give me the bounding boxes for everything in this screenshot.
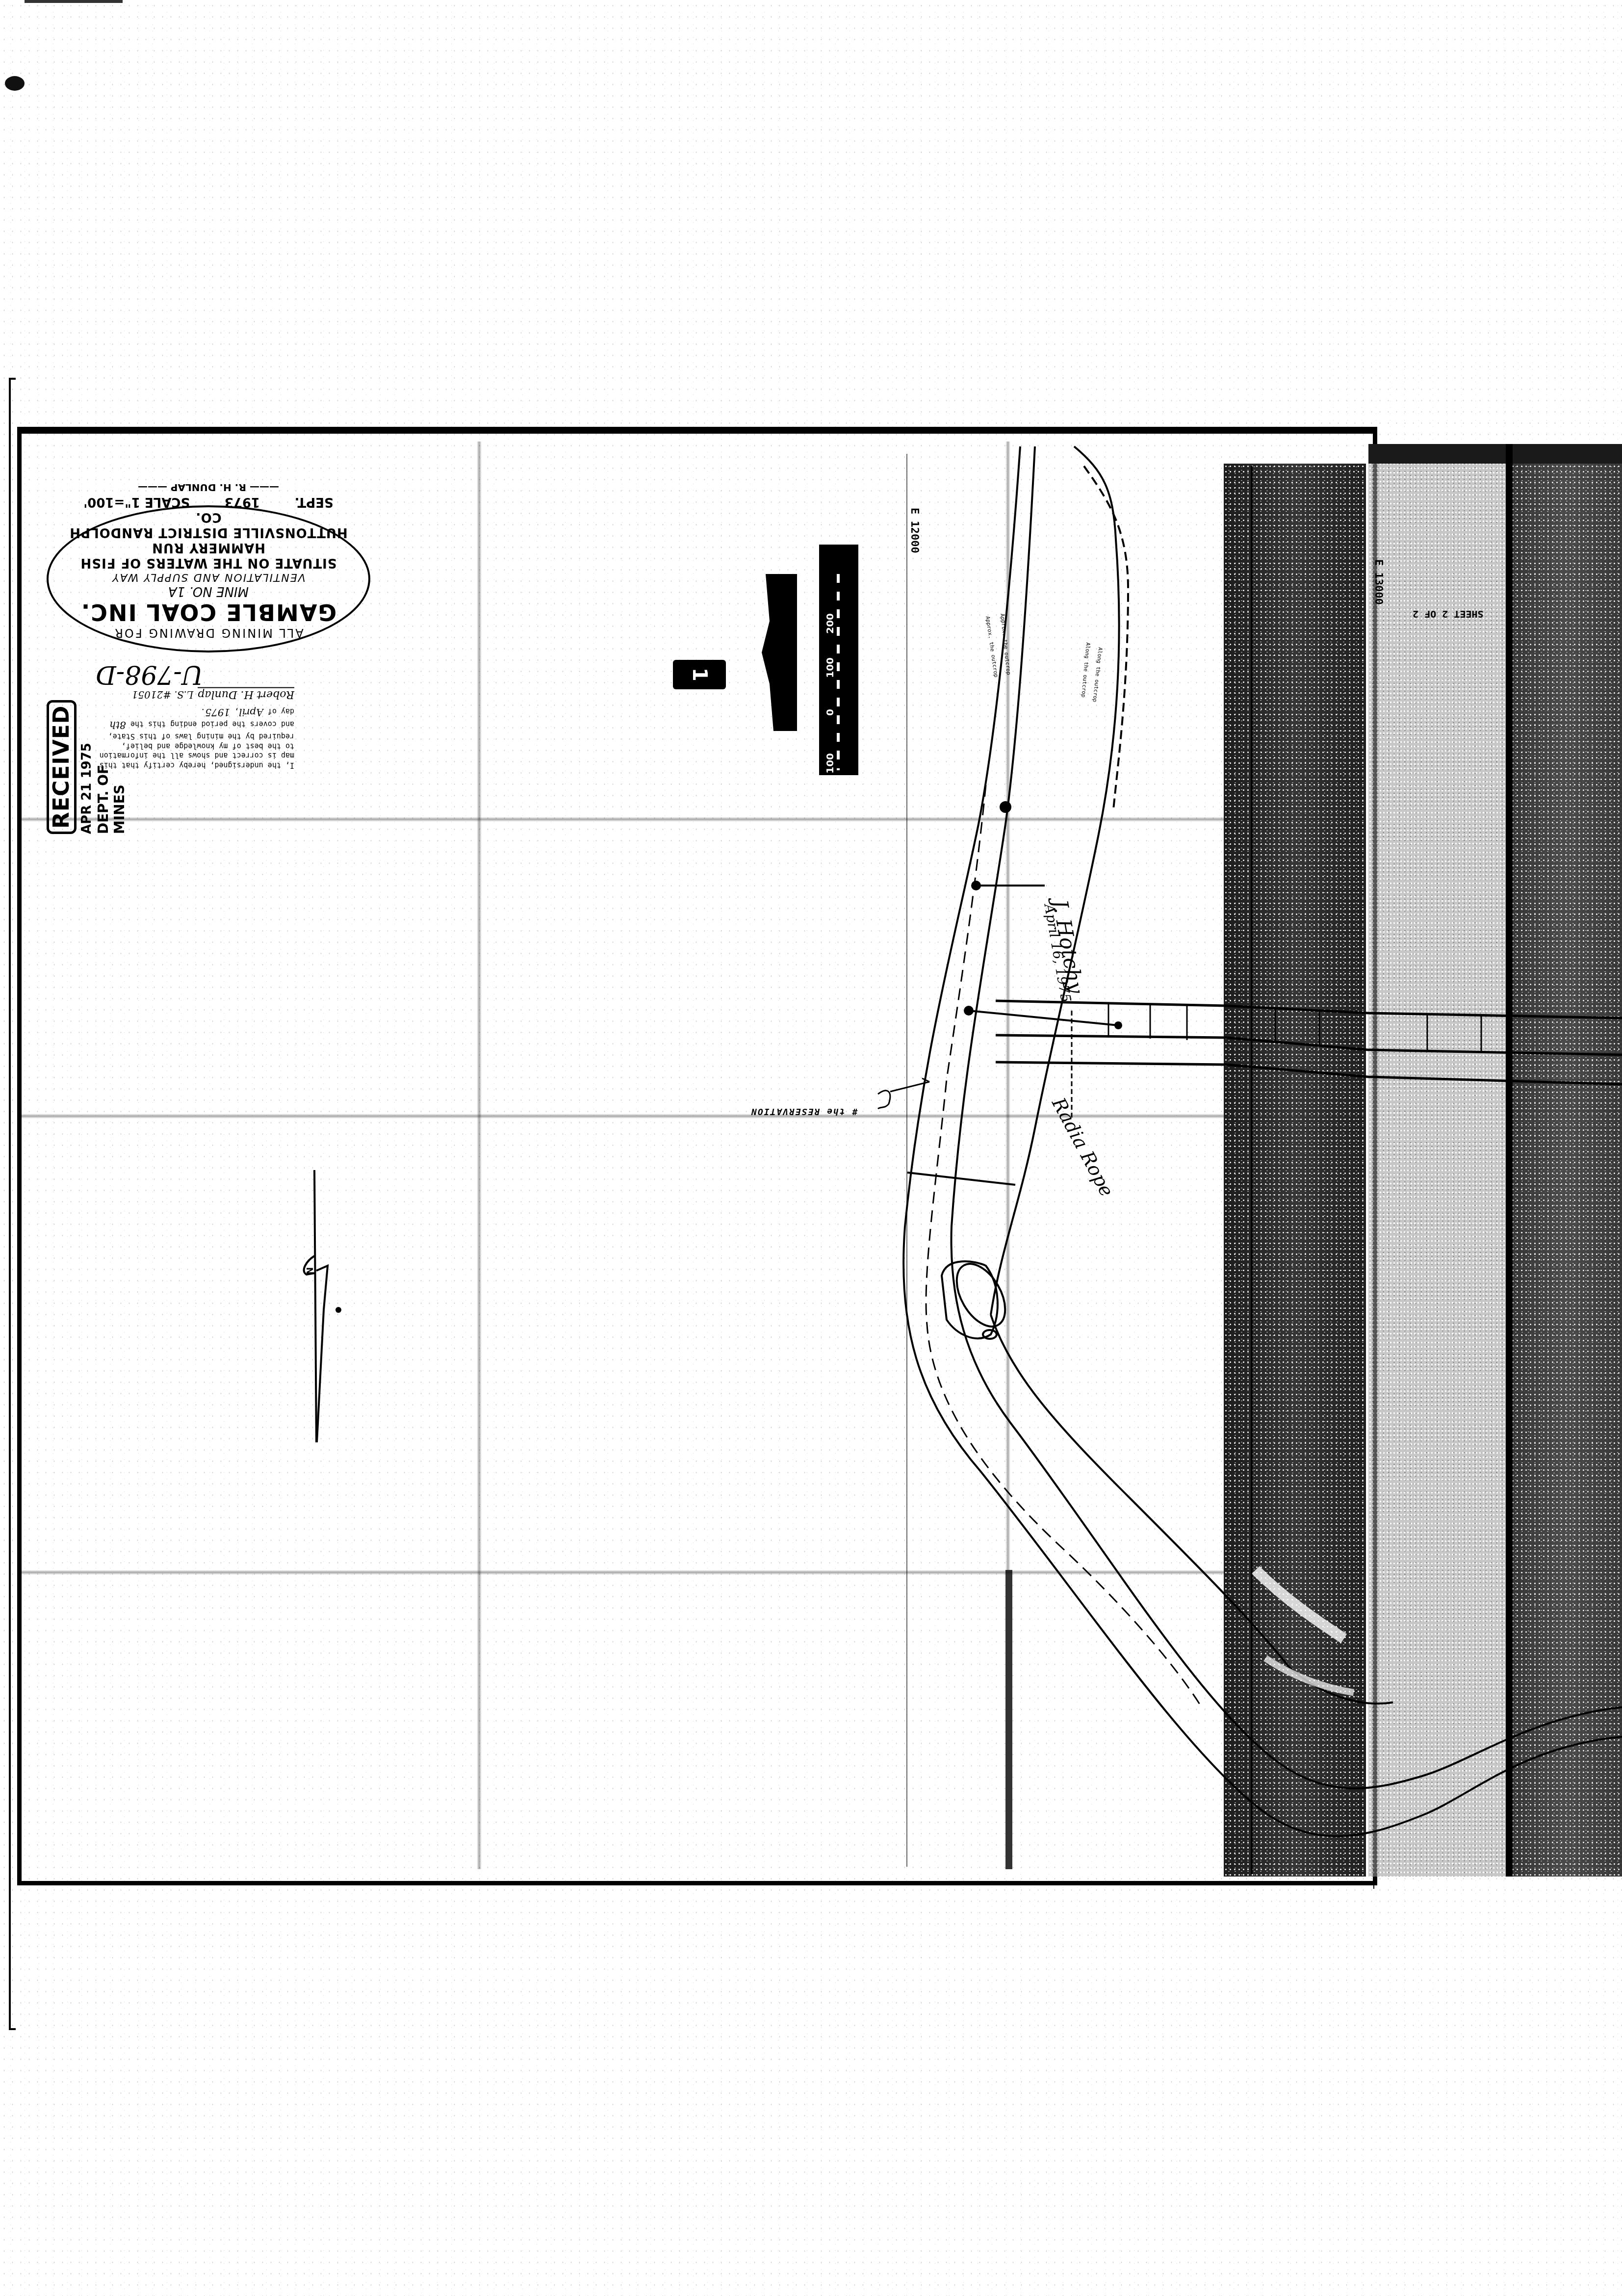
- reservation-label: # the RESERVATION: [750, 1106, 857, 1117]
- outcrop-lines: [903, 446, 1622, 1836]
- dark-panel-white-streaks: [1256, 1570, 1354, 1693]
- entry-crosscuts: [1108, 1003, 1481, 1052]
- north-arrow: [304, 1170, 328, 1442]
- mine-map-linework: [0, 0, 1622, 2296]
- north-label: N: [305, 1267, 315, 1275]
- north-arrow-dot: [335, 1307, 341, 1313]
- bottom-tick: [1373, 1878, 1374, 1889]
- supply-way-entries: [996, 1001, 1622, 1119]
